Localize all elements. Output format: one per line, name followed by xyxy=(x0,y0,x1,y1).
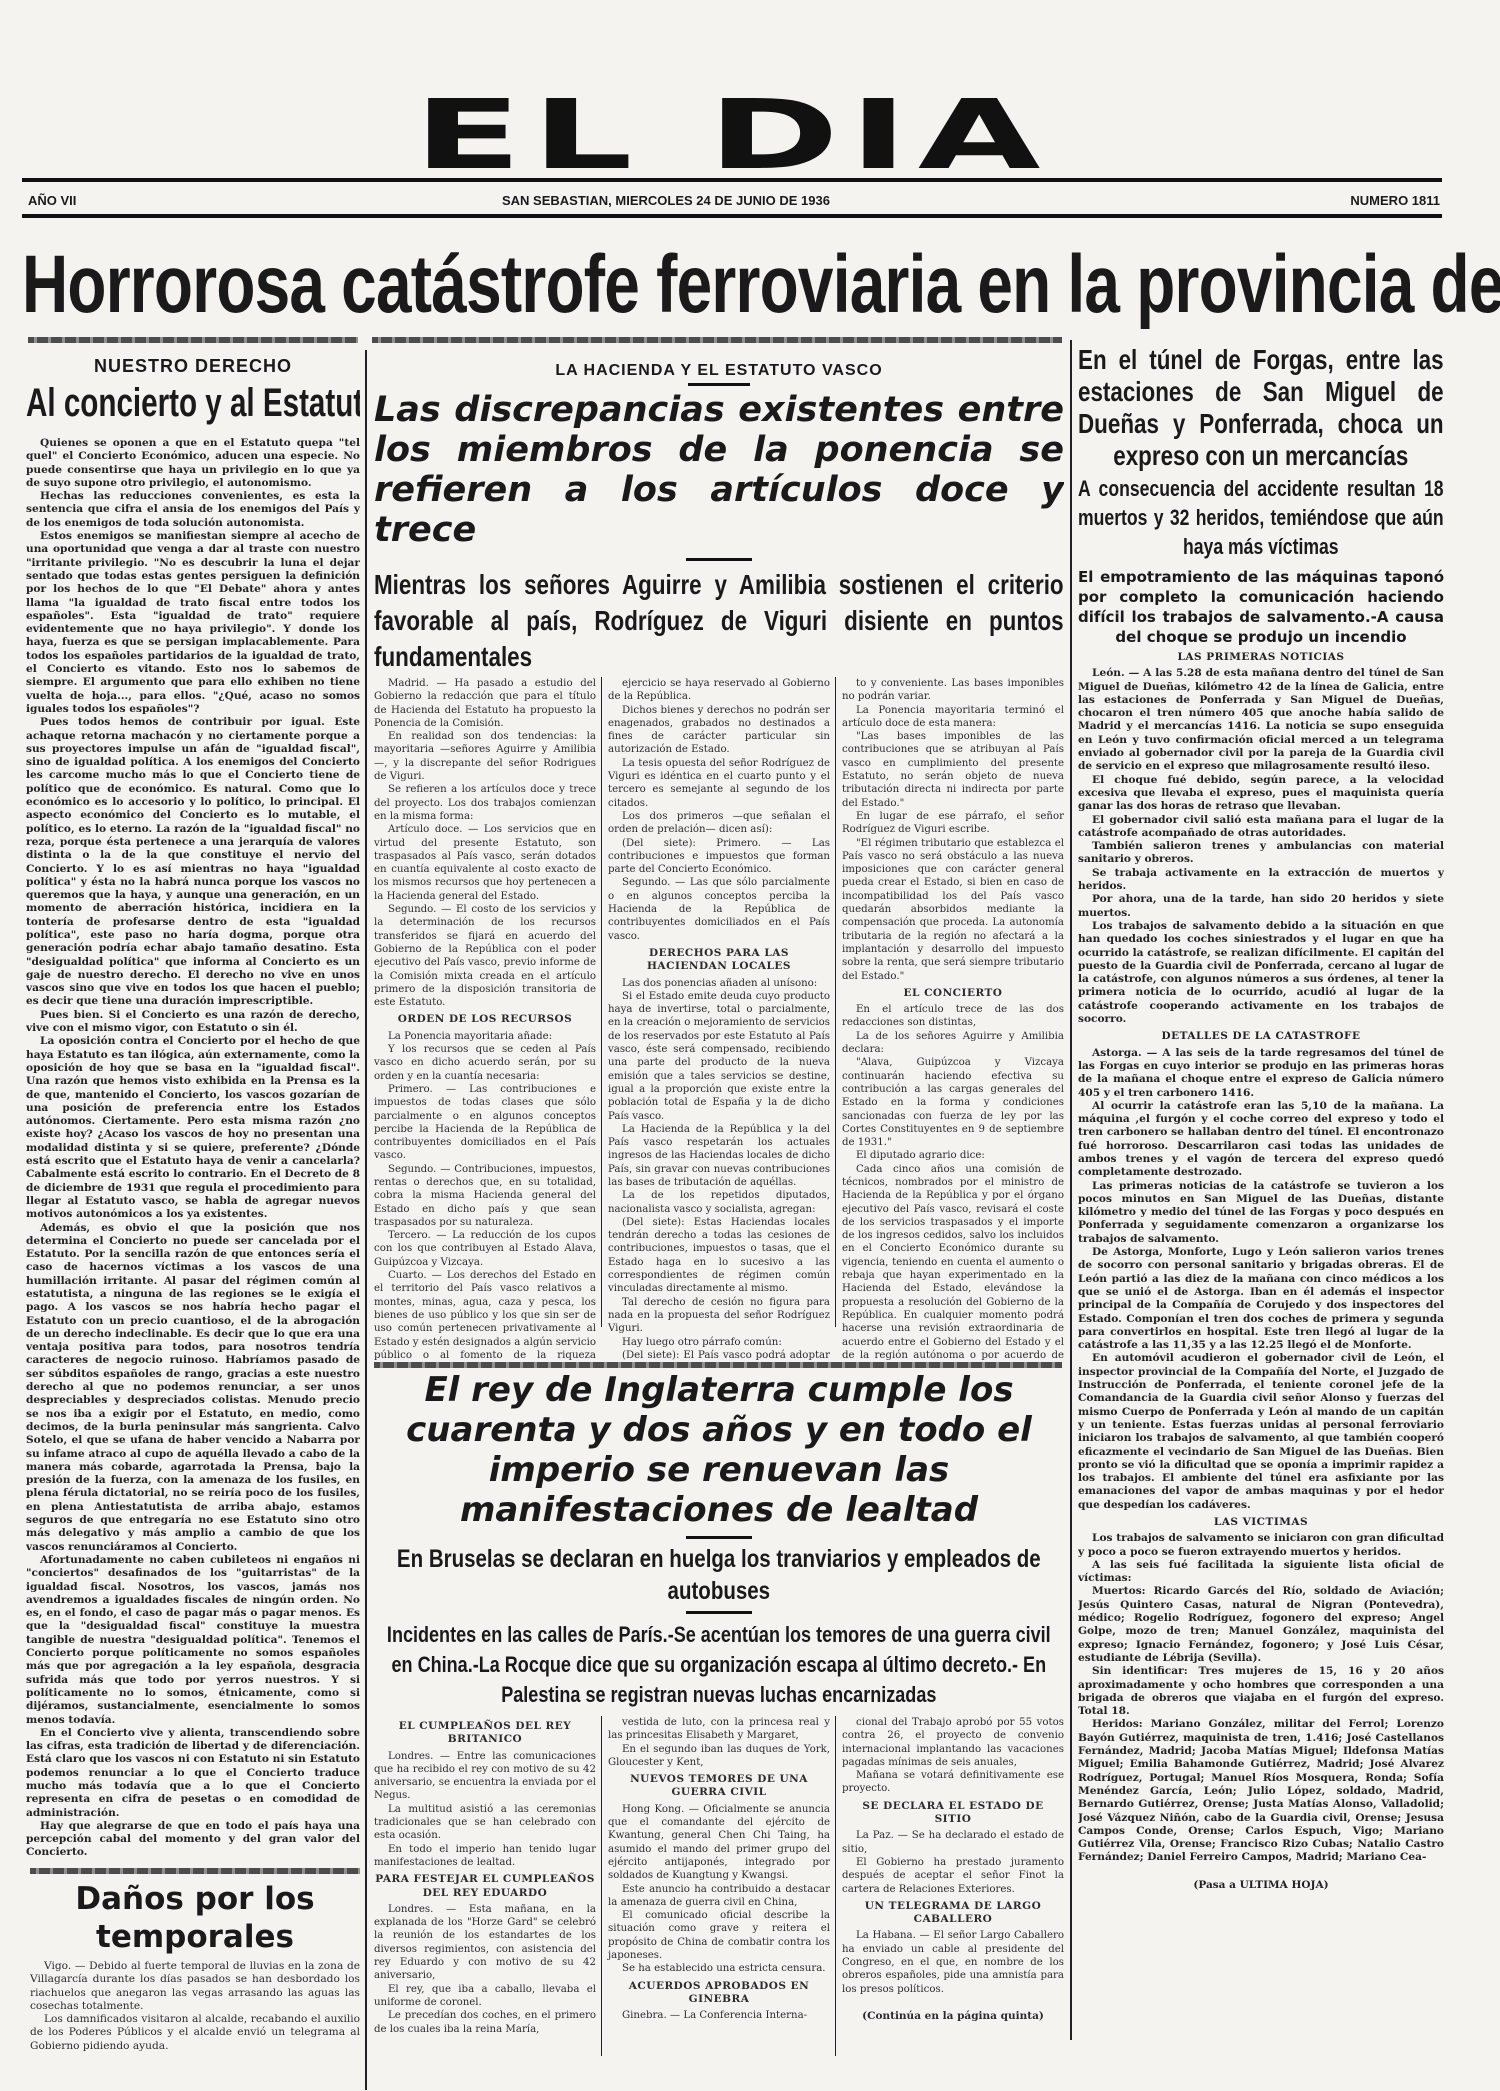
section-subhead: PARA FESTEJAR EL CUMPLEAÑOS DEL REY EDUA… xyxy=(374,1873,596,1900)
paragraph: Los dos primeros —que señalan el orden d… xyxy=(608,810,830,837)
paragraph: El gobernador civil salió esta mañana pa… xyxy=(1078,814,1444,841)
hacienda-kicker: LA HACIENDA Y EL ESTATUTO VASCO xyxy=(374,362,1064,380)
column-divider xyxy=(365,350,367,2090)
paragraph: El diputado agrario dice: xyxy=(842,1149,1064,1162)
paragraph: Hay luego otro párrafo común: xyxy=(608,1336,830,1349)
paragraph: Hay que alegrarse de que en todo el país… xyxy=(26,1820,360,1860)
paragraph: También salieron trenes y ambulancias co… xyxy=(1078,840,1444,867)
paragraph: La Habana. — El señor Largo Caballero ha… xyxy=(842,1929,1064,1995)
paragraph: Segundo. — Las que sólo parcialmente o e… xyxy=(608,876,830,942)
paragraph: Segundo. — Contribuciones, impuestos, re… xyxy=(374,1163,596,1229)
paragraph: Segundo. — El costo de los servicios y l… xyxy=(374,903,596,1009)
section-subhead: SE DECLARA EL ESTADO DE SITIO xyxy=(842,1800,1064,1827)
paragraph: En todo el imperio han tenido lugar mani… xyxy=(374,1843,596,1870)
paragraph: Se trabaja activamente en la extracción … xyxy=(1078,867,1444,894)
column-divider xyxy=(601,1716,602,2056)
section-subhead: EL CONCIERTO xyxy=(842,987,1064,1000)
paragraph: La multitud asistió a las ceremonias tra… xyxy=(374,1803,596,1843)
section-subhead: DETALLES DE LA CATASTROFE xyxy=(1078,1030,1444,1043)
hacienda-subheadline: Mientras los señores Aguirre y Amilibia … xyxy=(374,567,1064,675)
text-column: Madrid. — Ha pasado a estudio del Gobier… xyxy=(374,677,596,1362)
danos-headline: Daños por los temporales xyxy=(30,1880,360,1956)
paragraph: Vigo. — Debido al fuerte temporal de llu… xyxy=(30,1960,360,2013)
text-column: ejercicio se haya reservado al Gobierno … xyxy=(608,677,830,1362)
forgas-body: LAS PRIMERAS NOTICIASLeón. — A las 5.28 … xyxy=(1078,651,1444,1892)
paragraph: Además, es obvio el que la posición que … xyxy=(26,1222,360,1554)
paragraph: En automóvil acudieron el gobernador civ… xyxy=(1078,1352,1444,1512)
separator xyxy=(372,337,1062,343)
hacienda-article: LA HACIENDA Y EL ESTATUTO VASCO Las disc… xyxy=(374,362,1064,1362)
forgas-article: En el túnel de Forgas, entre las estacio… xyxy=(1078,344,1444,2064)
paragraph: Pues bien. Si el Concierto es una razón … xyxy=(26,1009,360,1036)
paragraph: En el artículo trece de las dos redaccio… xyxy=(842,1003,1064,1030)
paragraph: "El régimen tributario que establezca el… xyxy=(842,837,1064,983)
section-subhead: LAS PRIMERAS NOTICIAS xyxy=(1078,651,1444,664)
paragraph: Las dos ponencias añaden al unísono: xyxy=(608,977,830,990)
danos-article: Daños por los temporales Vigo. — Debido … xyxy=(30,1880,360,2080)
paragraph: En realidad son dos tendencias: la mayor… xyxy=(374,730,596,783)
paragraph: La Ponencia mayoritaria añade: xyxy=(374,1030,596,1043)
section-subhead: LAS VICTIMAS xyxy=(1078,1516,1444,1529)
paragraph: Artículo doce. — Los servicios que en vi… xyxy=(374,823,596,903)
paragraph: La de los repetidos diputados, nacionali… xyxy=(608,1189,830,1216)
paragraph: Afortunadamente no caben cubileteos ni e… xyxy=(26,1554,360,1727)
paragraph: Muertos: Ricardo Garcés del Río, soldado… xyxy=(1078,1585,1444,1665)
section-subhead: DERECHOS PARA LAS HACIENDAN LOCALES xyxy=(608,947,830,974)
paragraph: En lugar de ese párrafo, el señor Rodríg… xyxy=(842,810,1064,837)
rey-headline: El rey de Inglaterra cumple los cuarenta… xyxy=(374,1370,1064,1530)
rey-article: El rey de Inglaterra cumple los cuarenta… xyxy=(374,1370,1064,2090)
paragraph: La de los señores Aguirre y Amilibia dec… xyxy=(842,1030,1064,1057)
section-subhead: ACUERDOS APROBADOS EN GINEBRA xyxy=(608,1980,830,2007)
masthead-rule-bottom xyxy=(22,214,1442,218)
continuation-note: (Continúa en la página quinta) xyxy=(842,2010,1064,2023)
paragraph: Quienes se oponen a que en el Estatuto q… xyxy=(26,437,360,490)
year-label: AÑO VII xyxy=(28,193,76,208)
rey-columns: EL CUMPLEAÑOS DEL REY BRITANICOLondres. … xyxy=(374,1716,1064,2056)
paragraph: ejercicio se haya reservado al Gobierno … xyxy=(608,677,830,704)
paragraph: Le precedían dos coches, en el primero d… xyxy=(374,2009,596,2036)
paragraph: Los trabajos de salvamento debido a la s… xyxy=(1078,920,1444,1026)
rule xyxy=(686,1536,752,1539)
paragraph: Los trabajos de salvamento se iniciaron … xyxy=(1078,1532,1444,1559)
paragraph: Pues todos hemos de contribuir por igual… xyxy=(26,716,360,1009)
paragraph: Tal derecho de cesión no figura para nad… xyxy=(608,1296,830,1336)
paragraph: Cada cinco años una comisión de técnicos… xyxy=(842,1163,1064,1362)
paragraph: La tesis opuesta del señor Rodríguez de … xyxy=(608,757,830,810)
paragraph: Heridos: Mariano González, militar del F… xyxy=(1078,1718,1444,1864)
section-subhead: ORDEN DE LOS RECURSOS xyxy=(374,1013,596,1026)
paragraph: Se refieren a los artículos doce y trece… xyxy=(374,783,596,823)
paragraph: En el Concierto vive y alienta, transcen… xyxy=(26,1727,360,1820)
separator xyxy=(374,1362,1062,1368)
paragraph: Primero. — Las contribuciones e impuesto… xyxy=(374,1083,596,1163)
paragraph: Sin identificar: Tres mujeres de 15, 16 … xyxy=(1078,1665,1444,1718)
paragraph: Estos enemigos se manifiestan siempre al… xyxy=(26,530,360,716)
paragraph: De Astorga, Monforte, Lugo y León salier… xyxy=(1078,1246,1444,1352)
paragraph: "Alava, Guipúzcoa y Vizcaya continuarán … xyxy=(842,1056,1064,1149)
paragraph: Por ahora, una de la tarde, han sido 20 … xyxy=(1078,893,1444,920)
text-column: to y conveniente. Las bases imponibles n… xyxy=(842,677,1064,1362)
paragraph: "Las bases imponibles de las contribucio… xyxy=(842,730,1064,810)
danos-body: Vigo. — Debido al fuerte temporal de llu… xyxy=(30,1960,360,2053)
paragraph: Dichos bienes y derechos no podrán ser e… xyxy=(608,704,830,757)
paragraph: (Del siete): El País vasco podrá adoptar… xyxy=(608,1349,830,1362)
separator xyxy=(28,337,358,343)
text-column: EL CUMPLEAÑOS DEL REY BRITANICOLondres. … xyxy=(374,1716,596,2036)
section-subhead: UN TELEGRAMA DE LARGO CABALLERO xyxy=(842,1900,1064,1927)
paragraph: Londres. — Entre las comunicaciones que … xyxy=(374,1750,596,1803)
hacienda-columns: Madrid. — Ha pasado a estudio del Gobier… xyxy=(374,677,1064,1327)
rey-subheadline: En Bruselas se declaran en huelga los tr… xyxy=(374,1543,1064,1607)
forgas-subheadline-2: El empotramiento de las máquinas taponó … xyxy=(1078,567,1444,647)
separator xyxy=(30,1868,360,1874)
masthead-title: EL DIA xyxy=(0,90,1500,180)
paragraph: A las seis fué facilitada la siguiente l… xyxy=(1078,1559,1444,1586)
paragraph: El Gobierno ha prestado juramento despué… xyxy=(842,1856,1064,1896)
masthead-rule-top xyxy=(22,178,1442,182)
dateline-bar: AÑO VII SAN SEBASTIAN, MIERCOLES 24 DE J… xyxy=(22,193,1442,211)
section-subhead: NUEVOS TEMORES DE UNA GUERRA CIVIL xyxy=(608,1773,830,1800)
paragraph: Cuarto. — Los derechos del Estado en el … xyxy=(374,1269,596,1362)
paragraph: El rey, que iba a caballo, llevaba el un… xyxy=(374,1983,596,2010)
date-label: SAN SEBASTIAN, MIERCOLES 24 DE JUNIO DE … xyxy=(502,193,830,208)
continuation-note: (Pasa a ULTIMA HOJA) xyxy=(1078,1879,1444,1892)
column-divider xyxy=(835,1716,836,2056)
left-article-headline: Al concierto y al Estatuto xyxy=(26,379,360,427)
rule xyxy=(686,558,752,561)
paragraph: León. — A las 5.28 de esta mañana dentro… xyxy=(1078,667,1444,773)
paragraph: Las primeras noticias de la catástrofe s… xyxy=(1078,1180,1444,1246)
paragraph: Hechas las reducciones convenientes, es … xyxy=(26,490,360,530)
paragraph: Los damnificados visitaron al alcalde, r… xyxy=(30,2013,360,2053)
paragraph: Al ocurrir la catástrofe eran las 5,10 d… xyxy=(1078,1100,1444,1180)
paragraph: Si el Estado emite deuda cuyo producto h… xyxy=(608,990,830,1123)
paragraph: Londres. — Esta mañana, en la explanada … xyxy=(374,1903,596,1983)
paragraph: (Del siete): Estas Haciendas locales ten… xyxy=(608,1216,830,1296)
paragraph: (Del siete): Primero. — Las contribucion… xyxy=(608,837,830,877)
paragraph: La Hacienda de la República y la del Paí… xyxy=(608,1123,830,1189)
text-column: cional del Trabajo aprobó por 55 votos c… xyxy=(842,1716,1064,2023)
paragraph: Mañana se votará definitivamente ese pro… xyxy=(842,1769,1064,1796)
left-article-body: Quienes se oponen a que en el Estatuto q… xyxy=(26,437,360,1860)
paragraph: to y conveniente. Las bases imponibles n… xyxy=(842,677,1064,704)
left-article-kicker: NUESTRO DERECHO xyxy=(26,356,360,377)
paragraph: En el segundo iban las duques de York, G… xyxy=(608,1743,830,1770)
column-divider xyxy=(601,677,602,1327)
paragraph: Y los recursos que se ceden al País vasc… xyxy=(374,1043,596,1083)
paragraph: cional del Trabajo aprobó por 55 votos c… xyxy=(842,1716,1064,1769)
paragraph: La oposición contra el Concierto por el … xyxy=(26,1035,360,1221)
rule xyxy=(688,383,750,386)
section-subhead: EL CUMPLEAÑOS DEL REY BRITANICO xyxy=(374,1720,596,1747)
hacienda-headline: Las discrepancias existentes entre los m… xyxy=(374,390,1064,550)
rey-subheadline-2: Incidentes en las calles de París.-Se ac… xyxy=(374,1620,1064,1710)
paragraph: Este anuncio ha contribuido a destacar l… xyxy=(608,1883,830,1910)
column-divider xyxy=(835,677,836,1327)
newspaper-page: EL DIA AÑO VII SAN SEBASTIAN, MIERCOLES … xyxy=(22,0,1482,2091)
issue-number: NUMERO 1811 xyxy=(1350,193,1440,208)
text-column: vestida de luto, con la princesa real y … xyxy=(608,1716,830,2023)
banner-headline: Horrorosa catástrofe ferroviaria en la p… xyxy=(22,240,1442,330)
forgas-headline: En el túnel de Forgas, entre las estacio… xyxy=(1078,344,1444,472)
forgas-subheadline: A consecuencia del accidente resultan 18… xyxy=(1078,474,1444,561)
paragraph: El choque fué debido, según parece, a la… xyxy=(1078,774,1444,814)
paragraph: Ginebra. — La Conferencia Interna- xyxy=(608,2009,830,2022)
paragraph: Madrid. — Ha pasado a estudio del Gobier… xyxy=(374,677,596,730)
column-divider xyxy=(1070,340,1072,2040)
paragraph: Hong Kong. — Oficialmente se anuncia que… xyxy=(608,1803,830,1883)
paragraph: El comunicado oficial describe la situac… xyxy=(608,1909,830,1962)
left-article: NUESTRO DERECHO Al concierto y al Estatu… xyxy=(26,356,360,1866)
paragraph: Astorga. — A las seis de la tarde regres… xyxy=(1078,1047,1444,1100)
rule xyxy=(686,1611,752,1614)
paragraph: vestida de luto, con la princesa real y … xyxy=(608,1716,830,1743)
paragraph: La Paz. — Se ha declarado el estado de s… xyxy=(842,1829,1064,1856)
paragraph: La Ponencia mayoritaria terminó el artíc… xyxy=(842,704,1064,731)
paragraph: Tercero. — La reducción de los cupos con… xyxy=(374,1229,596,1269)
paragraph: Se ha establecido una estricta censura. xyxy=(608,1962,830,1975)
